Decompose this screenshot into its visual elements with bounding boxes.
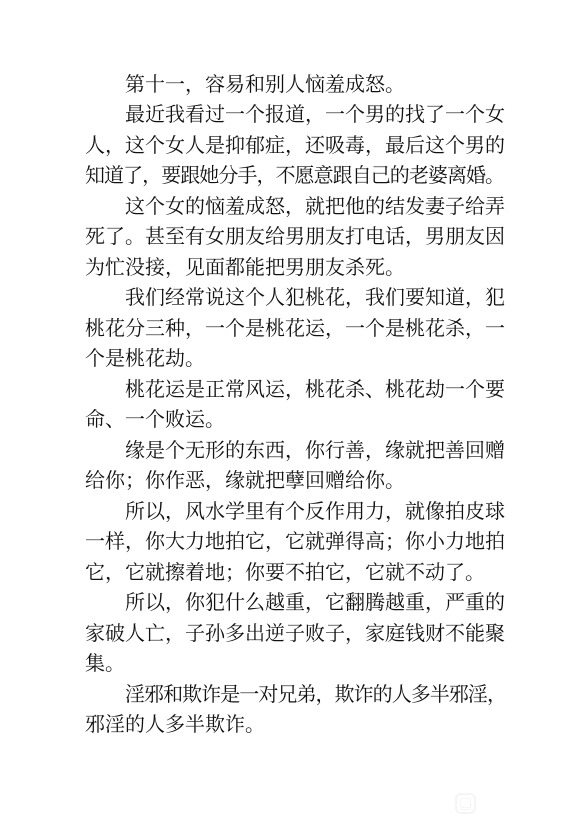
text-line: 人，这个女人是抑郁症，还吸毒，最后这个男的 <box>85 131 505 162</box>
text-line: 缘是个无形的东西，你行善，缘就把善回赠 <box>85 436 505 467</box>
text-line: 这个女的恼羞成怒，就把他的结发妻子给弄 <box>85 192 505 223</box>
text-line: 最近我看过一个报道，一个男的找了一个女 <box>85 100 505 131</box>
page-text-block: 第十一，容易和别人恼羞成怒。 最近我看过一个报道，一个男的找了一个女 人，这个女… <box>85 70 505 741</box>
text-line: 桃花分三种，一个是桃花运，一个是桃花杀，一 <box>85 314 505 345</box>
text-line: 知道了，要跟她分手，不愿意跟自己的老婆离婚。 <box>85 161 505 192</box>
text-line: 一样，你大力地拍它，它就弹得高；你小力地拍 <box>85 527 505 558</box>
reader-page[interactable]: 第十一，容易和别人恼羞成怒。 最近我看过一个报道，一个男的找了一个女 人，这个女… <box>0 0 580 820</box>
text-line: 所以，风水学里有个反作用力，就像拍皮球 <box>85 497 505 528</box>
text-line: 家破人亡，子孙多出逆子败子，家庭钱财不能聚 <box>85 619 505 650</box>
watermark-stroke-shape <box>460 804 472 810</box>
text-line: 我们经常说这个人犯桃花，我们要知道，犯 <box>85 283 505 314</box>
text-line: 个是桃花劫。 <box>85 344 505 375</box>
text-line: 桃花运是正常风运，桃花杀、桃花劫一个要 <box>85 375 505 406</box>
text-line: 为忙没接，见面都能把男朋友杀死。 <box>85 253 505 284</box>
app-watermark-icon <box>455 793 476 814</box>
heading-line: 第十一，容易和别人恼羞成怒。 <box>85 70 505 101</box>
text-line: 它，它就擦着地；你要不拍它，它就不动了。 <box>85 558 505 589</box>
text-line: 邪淫的人多半欺诈。 <box>85 710 505 741</box>
text-line: 死了。甚至有女朋友给男朋友打电话，男朋友因 <box>85 222 505 253</box>
text-line: 命、一个败运。 <box>85 405 505 436</box>
text-line: 集。 <box>85 649 505 680</box>
text-line: 所以，你犯什么越重，它翻腾越重，严重的 <box>85 588 505 619</box>
text-line: 淫邪和欺诈是一对兄弟，欺诈的人多半邪淫， <box>85 680 505 711</box>
text-line: 给你；你作恶，缘就把孽回赠给你。 <box>85 466 505 497</box>
